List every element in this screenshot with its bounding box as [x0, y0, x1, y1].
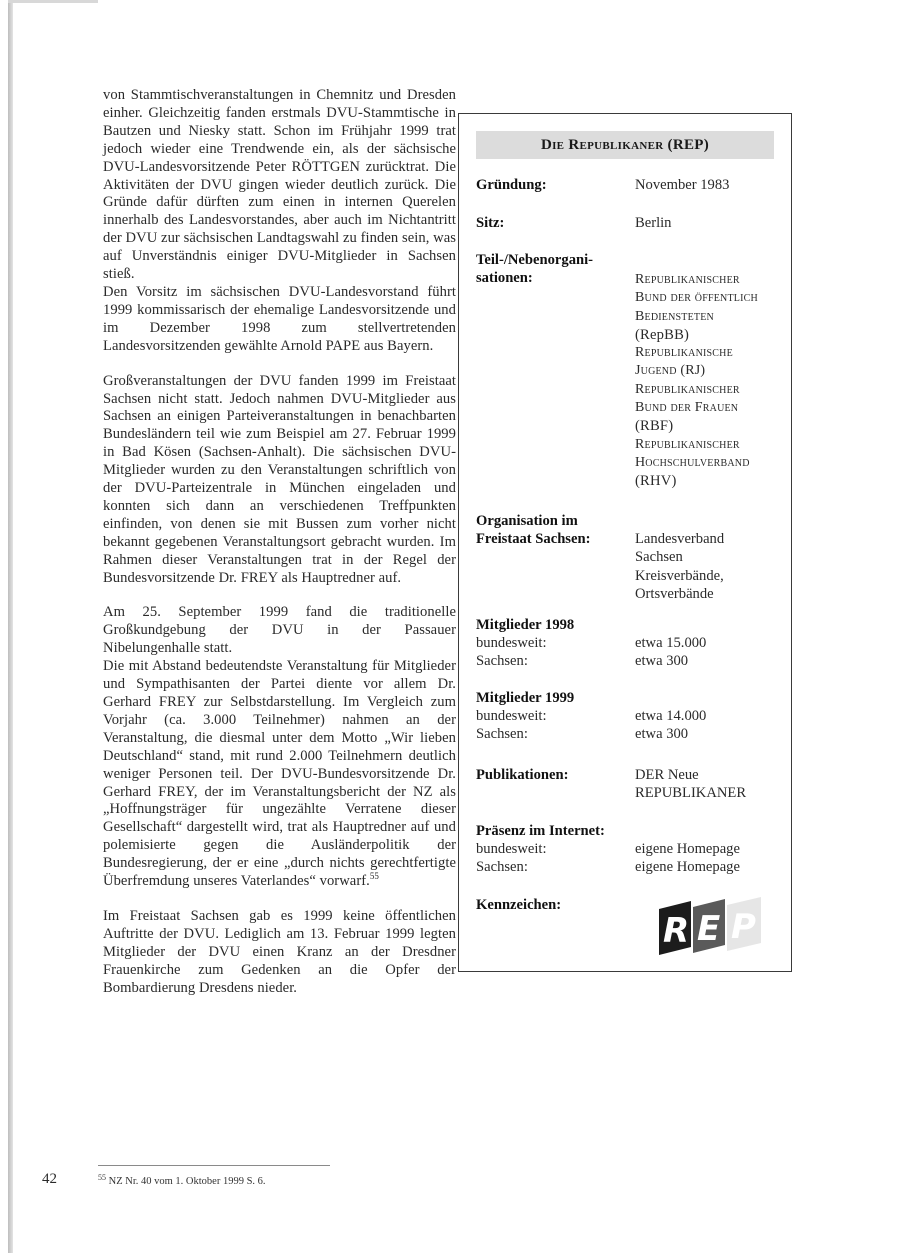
svg-text:R: R: [663, 911, 689, 951]
founding-value: November 1983: [635, 176, 785, 194]
footnote-divider: [98, 1165, 330, 1166]
suborganizations-list: Republikanischer Bund der öffentlich Bed…: [635, 271, 785, 491]
paragraph-1: von Stammtischveranstaltungen in Chemnit…: [103, 87, 456, 284]
publication-line: REPUBLIKANER: [635, 784, 785, 802]
suborg-line: (RepBB): [635, 326, 785, 344]
suborg-line: Hochschulverband: [635, 454, 785, 472]
members-1999-saxony-value: etwa 300: [635, 725, 785, 743]
infobox-title: Die Republikaner (REP): [476, 131, 774, 159]
suborg-line: Bediensteten: [635, 308, 785, 326]
internet-saxony-value: eigene Homepage: [635, 858, 785, 876]
suborg-line: Bund der öffentlich: [635, 289, 785, 307]
internet-label: Präsenz im Internet:: [476, 822, 676, 840]
svg-text:P: P: [731, 907, 756, 947]
publications-label: Publikationen:: [476, 766, 636, 784]
paragraph-4: Am 25. September 1999 fand die tradition…: [103, 604, 456, 658]
suborg-line: (RBF): [635, 417, 785, 435]
suborg-line: Bund der Frauen: [635, 399, 785, 417]
org-value-line: Kreisverbände,: [635, 567, 785, 585]
org-value-line: Sachsen: [635, 548, 785, 566]
internet-federal-label: bundesweit:: [476, 840, 547, 858]
org-value-line: Landesverband: [635, 530, 785, 548]
saxony-organization-label-line2: Freistaat Sachsen:: [476, 530, 636, 548]
page-binding-edge-top: [8, 0, 98, 3]
page-number: 42: [42, 1171, 57, 1188]
suborganizations-label-line1: Teil-/Nebenorgani-: [476, 251, 636, 269]
publication-line: DER Neue: [635, 766, 785, 784]
members-1998-label: Mitglieder 1998: [476, 616, 636, 634]
body-text-column: von Stammtischveranstaltungen in Chemnit…: [103, 87, 456, 998]
footnote-text: NZ Nr. 40 vom 1. Oktober 1999 S. 6.: [109, 1176, 266, 1187]
suborganizations-label-line2: sationen:: [476, 269, 636, 287]
rep-party-logo-icon: R E P: [657, 897, 765, 955]
paragraph-5-text: Die mit Abstand bedeutendste Veranstaltu…: [103, 658, 456, 889]
members-1999-saxony-label: Sachsen:: [476, 725, 528, 743]
suborg-line: Republikanischer: [635, 381, 785, 399]
suborg-line: Jugend (RJ): [635, 362, 785, 380]
internet-saxony-label: Sachsen:: [476, 858, 528, 876]
suborg-line: Republikanische: [635, 344, 785, 362]
publications-values: DER Neue REPUBLIKANER: [635, 766, 785, 803]
svg-text:E: E: [697, 909, 720, 949]
saxony-organization-values: Landesverband Sachsen Kreisverbände, Ort…: [635, 530, 785, 603]
members-1999-federal-label: bundesweit:: [476, 707, 547, 725]
members-1999-federal-value: etwa 14.000: [635, 707, 785, 725]
party-infobox: Die Republikaner (REP) Gründung: Novembe…: [458, 113, 792, 972]
seat-value: Berlin: [635, 214, 785, 232]
emblem-label: Kennzeichen:: [476, 896, 636, 914]
paragraph-6: Im Freistaat Sachsen gab es 1999 keine ö…: [103, 908, 456, 998]
members-1998-federal-value: etwa 15.000: [635, 634, 785, 652]
suborg-line: (RHV): [635, 472, 785, 490]
saxony-organization-label-line1: Organisation im: [476, 512, 636, 530]
members-1998-saxony-value: etwa 300: [635, 652, 785, 670]
footnote-number: 55: [98, 1173, 106, 1182]
paragraph-5: Die mit Abstand bedeutendste Veranstaltu…: [103, 658, 456, 891]
page-binding-edge: [8, 0, 13, 1253]
paragraph-3: Großveranstaltungen der DVU fanden 1999 …: [103, 373, 456, 588]
footnote: 55 NZ Nr. 40 vom 1. Oktober 1999 S. 6.: [98, 1173, 266, 1187]
suborg-line: Republikanischer: [635, 436, 785, 454]
suborg-line: Republikanischer: [635, 271, 785, 289]
internet-federal-value: eigene Homepage: [635, 840, 785, 858]
founding-label: Gründung:: [476, 176, 636, 194]
footnote-reference[interactable]: 55: [370, 871, 379, 881]
org-value-line: Ortsverbände: [635, 585, 785, 603]
seat-label: Sitz:: [476, 214, 636, 232]
paragraph-2: Den Vorsitz im sächsischen DVU-Landesvor…: [103, 284, 456, 356]
members-1998-federal-label: bundesweit:: [476, 634, 547, 652]
members-1999-label: Mitglieder 1999: [476, 689, 636, 707]
members-1998-saxony-label: Sachsen:: [476, 652, 528, 670]
